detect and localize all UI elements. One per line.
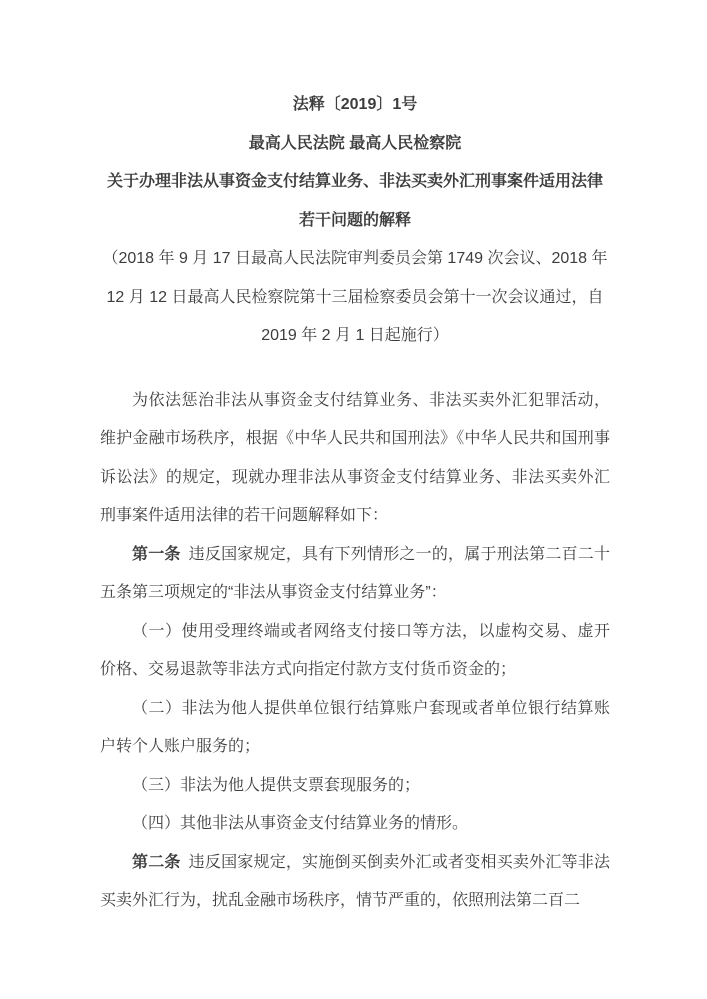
body-paragraph: 第二条违反国家规定，实施倒买倒卖外汇或者变相买卖外汇等非法买卖外汇行为，扰乱金融…	[100, 844, 610, 921]
paragraph-text: （二）非法为他人提供单位银行结算账户套现或者单位银行结算账户转个人账户服务的；	[100, 700, 610, 756]
doc-issuers: 最高人民法院 最高人民检察院	[100, 125, 610, 164]
article-label: 第二条	[132, 854, 181, 871]
document-page: 法释〔2019〕1号 最高人民法院 最高人民检察院 关于办理非法从事资金支付结算…	[0, 0, 707, 999]
doc-number: 法释〔2019〕1号	[100, 86, 610, 125]
body-paragraph: （二）非法为他人提供单位银行结算账户套现或者单位银行结算账户转个人账户服务的；	[100, 690, 610, 767]
document-body: 为依法惩治非法从事资金支付结算业务、非法买卖外汇犯罪活动，维护金融市场秩序，根据…	[100, 382, 610, 921]
document-header: 法释〔2019〕1号 最高人民法院 最高人民检察院 关于办理非法从事资金支付结算…	[100, 86, 610, 240]
blank-line-spacer	[100, 356, 610, 382]
paragraph-text: 为依法惩治非法从事资金支付结算业务、非法买卖外汇犯罪活动，维护金融市场秩序，根据…	[100, 392, 610, 525]
body-paragraph: 第一条违反国家规定，具有下列情形之一的，属于刑法第二百二十五条第三项规定的“非法…	[100, 536, 610, 613]
paragraph-text: （四）其他非法从事资金支付结算业务的情形。	[132, 815, 468, 832]
paragraph-text: （三）非法为他人提供支票套现服务的；	[132, 777, 420, 794]
paragraph-text: （一）使用受理终端或者网络支付接口等方法，以虚构交易、虚开价格、交易退款等非法方…	[100, 623, 610, 679]
body-paragraph: （三）非法为他人提供支票套现服务的；	[100, 767, 610, 806]
article-label: 第一条	[132, 546, 181, 563]
body-paragraph: （四）其他非法从事资金支付结算业务的情形。	[100, 805, 610, 844]
doc-title: 关于办理非法从事资金支付结算业务、非法买卖外汇刑事案件适用法律若干问题的解释	[100, 163, 610, 240]
body-paragraph: （一）使用受理终端或者网络支付接口等方法，以虚构交易、虚开价格、交易退款等非法方…	[100, 613, 610, 690]
adoption-note: （2018 年 9 月 17 日最高人民法院审判委员会第 1749 次会议、20…	[100, 240, 610, 356]
body-paragraph: 为依法惩治非法从事资金支付结算业务、非法买卖外汇犯罪活动，维护金融市场秩序，根据…	[100, 382, 610, 536]
